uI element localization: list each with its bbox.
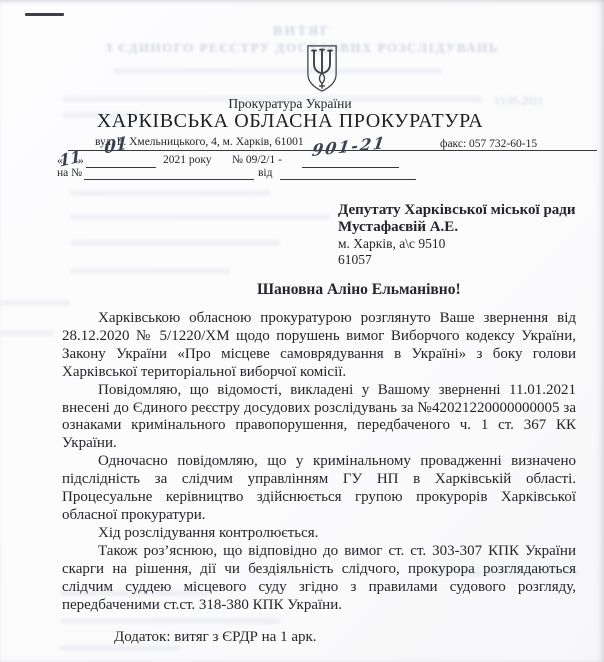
body-paragraph: Харківською обласною прокуратурою розгля…: [62, 310, 576, 382]
reply-to-label: на №: [57, 167, 82, 179]
reply-number-blank-line: [84, 162, 254, 180]
recipient-block: Депутату Харківської міської ради Мустаф…: [338, 202, 576, 267]
handwritten-month: 01: [104, 133, 128, 159]
bleed-through-line: [0, 330, 55, 336]
bleed-through-line: [70, 268, 230, 274]
body-paragraph: Також роз’яснюю, що відповідно до вимог …: [62, 543, 576, 615]
bleed-through-title: ВИТЯГ: [0, 24, 604, 40]
scan-artifact-mark: [25, 13, 64, 16]
from-date-label: від: [258, 167, 272, 179]
body-paragraph: Одночасно повідомляю, що у кримінальному…: [62, 453, 576, 525]
bleed-through-line: [112, 68, 442, 74]
bleed-through-line: [70, 190, 270, 196]
body-paragraph: Хід розслідування контролюється.: [62, 525, 576, 543]
recipient-title: Депутату Харківської міської ради: [338, 202, 576, 219]
recipient-address: м. Харків, а\с 9510: [338, 236, 576, 252]
bleed-through-line: [70, 214, 330, 220]
org-fax: факс: 057 732-60-15: [440, 138, 537, 150]
bleed-through-line: [0, 300, 70, 306]
letter-body: Харківською обласною прокуратурою розгля…: [62, 310, 576, 647]
recipient-name: Мустафаєвій А.Е.: [338, 219, 576, 236]
from-date-blank-line: [280, 162, 416, 180]
bleed-through-subtitle: З ЄДИНОГО РЕЄСТРУ ДОСУДОВИХ РОЗСЛІДУВАНЬ: [0, 40, 604, 56]
scanned-letter-page: ВИТЯГ З ЄДИНОГО РЕЄСТРУ ДОСУДОВИХ РОЗСЛІ…: [0, 0, 604, 662]
bleed-through-line: [70, 240, 280, 246]
ukraine-trident-emblem-icon: [306, 44, 338, 93]
salutation: Шановна Аліно Ельманівно!: [257, 281, 461, 299]
body-paragraph: Повідомляю, що відомості, викладені у Ва…: [62, 382, 576, 454]
org-name: ХАРКІВСЬКА ОБЛАСНА ПРОКУРАТУРА: [0, 110, 580, 133]
handwritten-number: 901-21: [311, 133, 388, 160]
incoming-reference-line: на № від: [0, 166, 604, 182]
recipient-postal-code: 61057: [338, 252, 576, 268]
attachment-note: Додаток: витяг з ЄРДР на 1 арк.: [62, 629, 576, 647]
